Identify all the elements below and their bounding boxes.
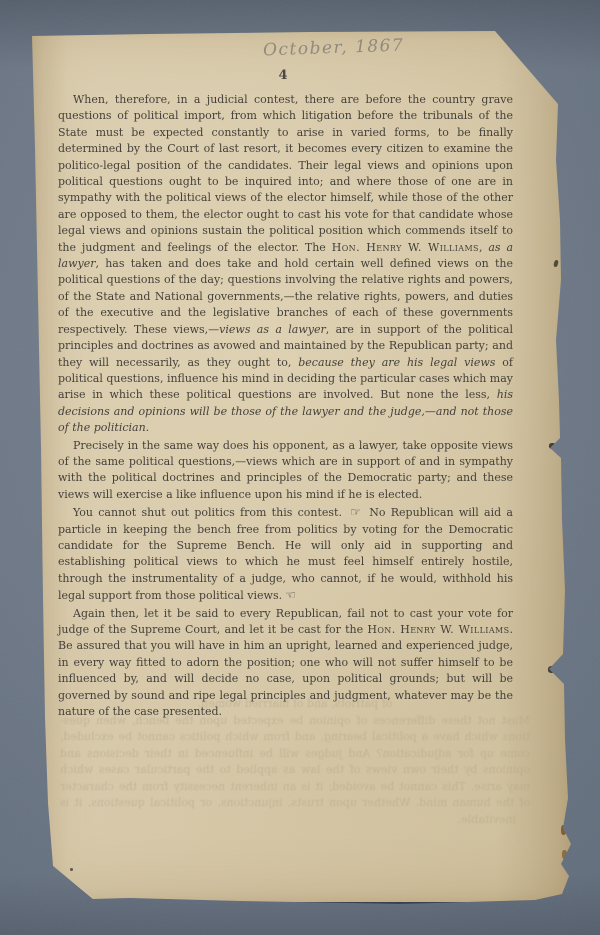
manicule-left-icon: ☜	[282, 588, 299, 602]
bleed-line: tions which have a political bearing, an…	[60, 729, 530, 746]
text-segment: Precisely in the same way does his oppon…	[58, 439, 513, 501]
paragraph: When, therefore, in a judicial contest, …	[58, 92, 513, 437]
bleed-line: come up for adjudication? And judges wil…	[60, 746, 530, 763]
edge-tear-mark	[561, 825, 566, 835]
document-page: of patriots, and of married women.Must n…	[30, 28, 572, 902]
bleed-line: of the human mind. Whether upon trusts, …	[60, 795, 530, 812]
page-number: 4	[272, 68, 294, 83]
text-segment: You cannot shut out politics from this c…	[73, 506, 347, 519]
bleed-line: opinions by their own views of the law a…	[60, 762, 530, 779]
edge-tear-mark	[548, 666, 556, 673]
body-text: When, therefore, in a judicial contest, …	[58, 92, 513, 721]
text-segment: . Be assured that you will have in him a…	[58, 623, 513, 718]
text-segment: When, therefore, in a judicial contest, …	[58, 93, 513, 254]
paper-fleck	[70, 868, 73, 871]
text-segment: Hon. Henry W. Williams	[332, 241, 479, 254]
paragraph: Precisely in the same way does his oppon…	[58, 438, 513, 504]
edge-tear-mark	[549, 443, 556, 449]
edge-tear-mark	[562, 850, 567, 859]
text-segment: Hon. Henry W. Williams	[367, 623, 509, 636]
bleed-line: inevitable.	[60, 812, 530, 829]
text-segment: because they are his legal views	[298, 356, 495, 369]
paragraph: Again then, let it be said to every Repu…	[58, 606, 513, 721]
text-segment: ,	[479, 241, 488, 254]
text-segment: views as a lawyer	[219, 323, 326, 336]
paragraph: You cannot shut out politics from this c…	[58, 504, 513, 604]
scanned-document-photo: of patriots, and of married women.Must n…	[0, 0, 600, 935]
bleed-line: may arise. This cannot be avoided; it is…	[60, 779, 530, 796]
manicule-right-icon: ☞	[347, 505, 364, 519]
